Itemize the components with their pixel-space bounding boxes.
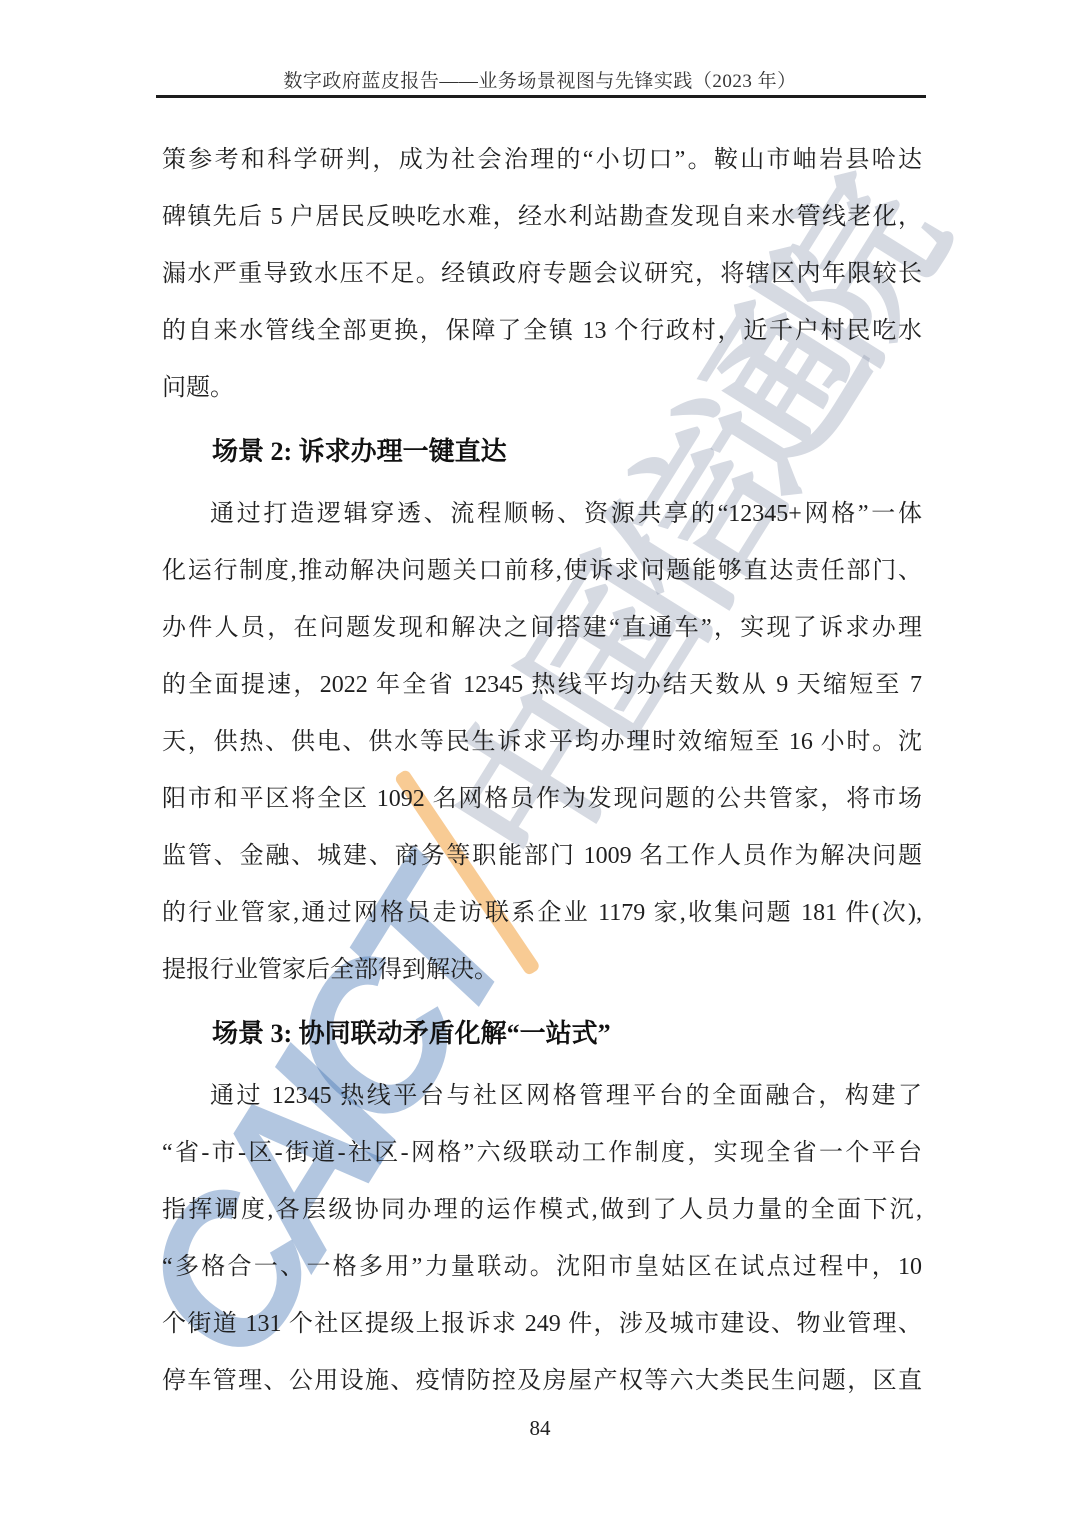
paragraph-line: 阳市和平区将全区 1092 名网格员作为发现问题的公共管家，将市场: [162, 771, 922, 828]
paragraph-line: 办件人员，在问题发现和解决之间搭建“直通车”，实现了诉求办理: [162, 600, 922, 657]
paragraph-line: 的行业管家,通过网格员走访联系企业 1179 家,收集问题 181 件(次),: [162, 885, 922, 942]
page-header-title: 数字政府蓝皮报告——业务场景视图与先锋实践（2023 年）: [0, 66, 1080, 93]
paragraph-line: 化运行制度,推动解决问题关口前移,使诉求问题能够直达责任部门、: [162, 543, 922, 600]
paragraph-line: 个街道 131 个社区提级上报诉求 249 件，涉及城市建设、物业管理、: [162, 1296, 922, 1353]
paragraph-line: “省-市-区-街道-社区-网格”六级联动工作制度，实现全省一个平台: [162, 1125, 922, 1182]
paragraph-line: 问题。: [162, 360, 922, 417]
paragraph-line: 监管、金融、城建、商务等职能部门 1009 名工作人员作为解决问题: [162, 828, 922, 885]
paragraph-line: “多格合一、一格多用”力量联动。沈阳市皇姑区在试点过程中，10: [162, 1239, 922, 1296]
section-heading: 场景 2: 诉求办理一键直达: [162, 423, 922, 480]
paragraph-line: 提报行业管家后全部得到解决。: [162, 942, 922, 999]
page-number: 84: [0, 1408, 1080, 1448]
paragraph-line: 的自来水管线全部更换，保障了全镇 13 个行政村，近千户村民吃水: [162, 303, 922, 360]
section-heading: 场景 3: 协同联动矛盾化解“一站式”: [162, 1005, 922, 1062]
body-text: 策参考和科学研判，成为社会治理的“小切口”。鞍山市岫岩县哈达碑镇先后 5 户居民…: [162, 132, 922, 1410]
paragraph-line: 通过 12345 热线平台与社区网格管理平台的全面融合，构建了: [162, 1068, 922, 1125]
paragraph-line: 漏水严重导致水压不足。经镇政府专题会议研究，将辖区内年限较长: [162, 246, 922, 303]
paragraph-line: 的全面提速，2022 年全省 12345 热线平均办结天数从 9 天缩短至 7: [162, 657, 922, 714]
paragraph-line: 通过打造逻辑穿透、流程顺畅、资源共享的“12345+网格”一体: [162, 486, 922, 543]
paragraph-line: 碑镇先后 5 户居民反映吃水难，经水利站勘查发现自来水管线老化，: [162, 189, 922, 246]
paragraph-line: 停车管理、公用设施、疫情防控及房屋产权等六大类民生问题，区直: [162, 1353, 922, 1410]
document-page: CAICT 中国信通院 数字政府蓝皮报告——业务场景视图与先锋实践（2023 年…: [0, 0, 1080, 1527]
paragraph-line: 天，供热、供电、供水等民生诉求平均办理时效缩短至 16 小时。沈: [162, 714, 922, 771]
paragraph-line: 指挥调度,各层级协同办理的运作模式,做到了人员力量的全面下沉,: [162, 1182, 922, 1239]
header-rule: [156, 95, 926, 98]
paragraph-line: 策参考和科学研判，成为社会治理的“小切口”。鞍山市岫岩县哈达: [162, 132, 922, 189]
